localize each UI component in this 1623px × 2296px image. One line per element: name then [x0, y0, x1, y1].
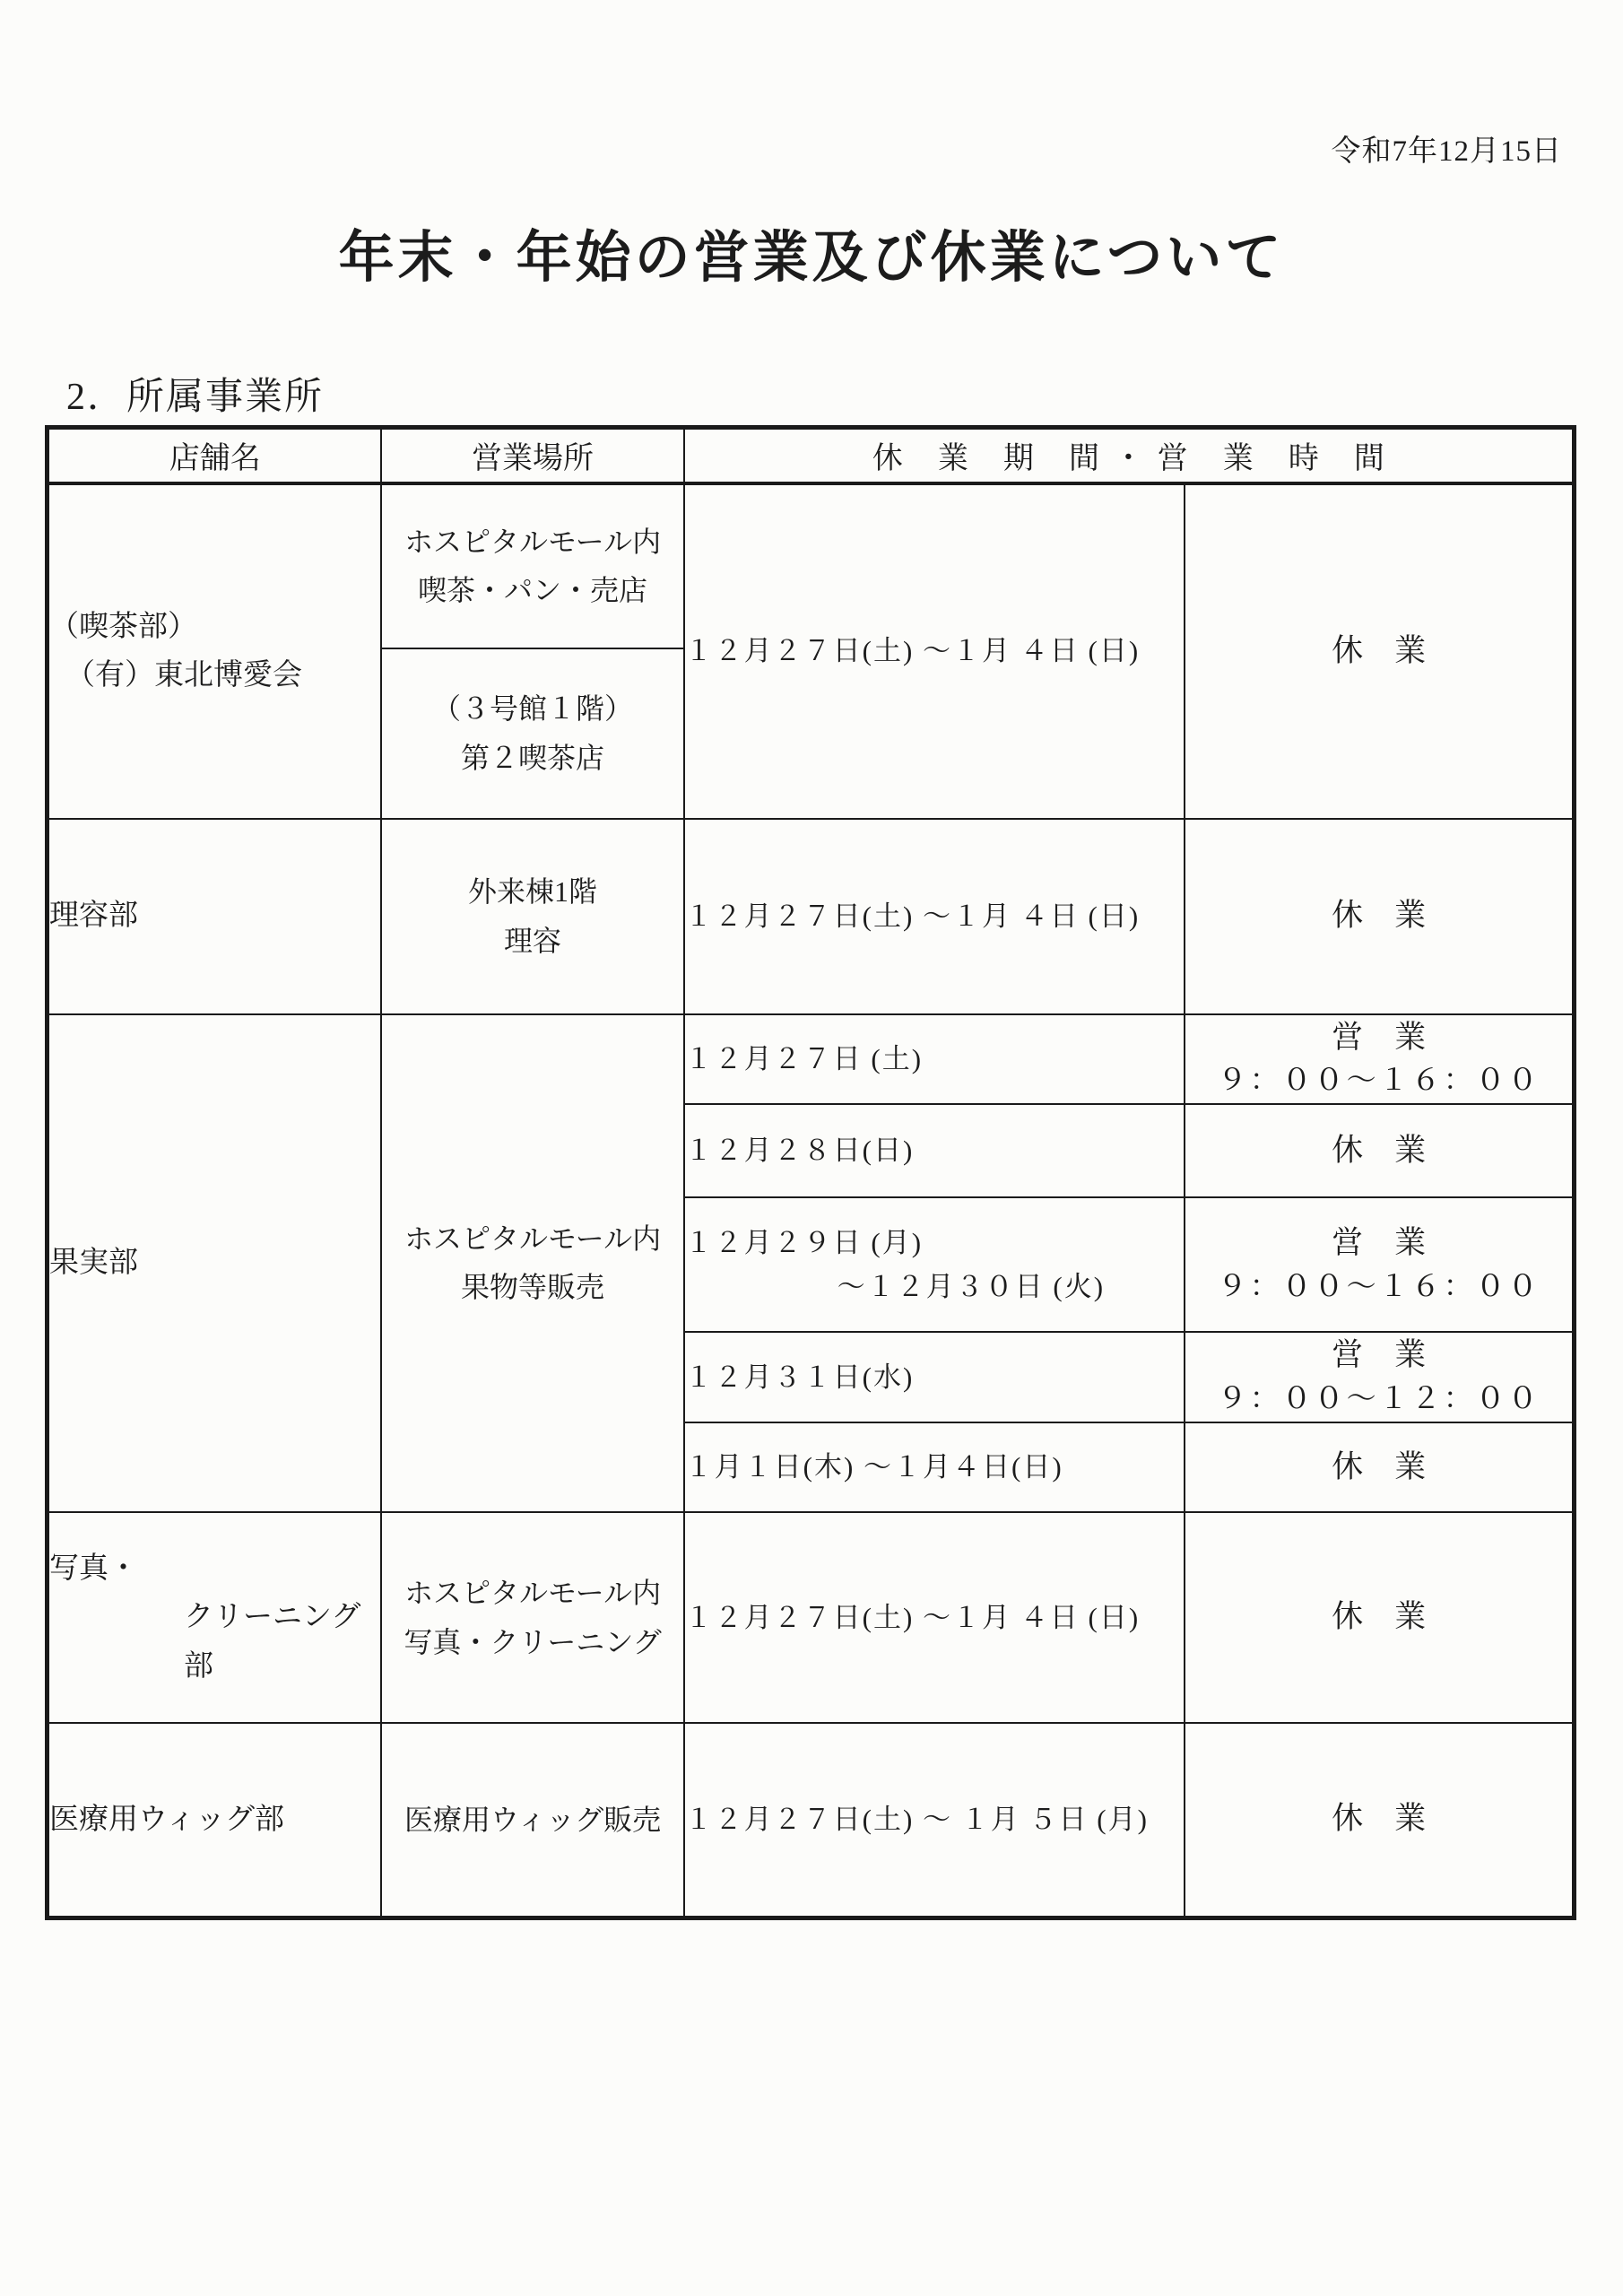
header-location: 営業場所: [381, 428, 683, 483]
period-cell-kissa: １２月２７日(土) ～１月 ４日 (日): [684, 483, 1185, 819]
period-cell-kajitsu-2: １２月２８日(日): [684, 1104, 1185, 1197]
status-line: 営 業: [1185, 1333, 1572, 1378]
period-cell-kajitsu-1: １２月２７日 (土): [684, 1014, 1185, 1105]
location-line: 写真・クリーニング: [382, 1618, 682, 1666]
status-cell-wig: 休 業: [1185, 1723, 1574, 1918]
location-cell-wig: 医療用ウィッグ販売: [381, 1723, 683, 1918]
status-cell-kajitsu-1: 営 業 ９：００～１６：００: [1185, 1014, 1574, 1105]
location-cell-shashin: ホスピタルモール内 写真・クリーニング: [381, 1512, 683, 1723]
period-cell-riyou: １２月２７日(土) ～１月 ４日 (日): [684, 819, 1185, 1014]
period-line: ～１２月３０日 (火): [838, 1265, 1185, 1309]
status-cell-riyou: 休 業: [1185, 819, 1574, 1014]
period-cell-kajitsu-3: １２月２９日 (月) ～１２月３０日 (火): [684, 1197, 1185, 1332]
header-schedule: 休 業 期 間・営 業 時 間: [684, 428, 1575, 483]
status-line: 営 業: [1185, 1015, 1572, 1061]
period-cell-shashin: １２月２７日(土) ～１月 ４日 (日): [684, 1512, 1185, 1723]
shop-cell-kajitsu: 果実部: [48, 1014, 382, 1513]
hours-line: ９：００～１６：００: [1185, 1060, 1572, 1103]
period-cell-kajitsu-4: １２月３１日(水): [684, 1332, 1185, 1422]
period-cell-kajitsu-5: １月１日(木) ～１月４日(日): [684, 1422, 1185, 1512]
status-cell-kajitsu-4: 営 業 ９：００～１２：００: [1185, 1332, 1574, 1422]
location-line: 第２喫茶店: [382, 734, 682, 782]
status-cell-kajitsu-5: 休 業: [1185, 1422, 1574, 1512]
business-hours-table: 店舗名 営業場所 休 業 期 間・営 業 時 間 （喫茶部） （有）東北博愛会 …: [45, 425, 1576, 1920]
hours-line: ９：００～１６：００: [1185, 1266, 1572, 1309]
shop-line: （喫茶部）: [49, 603, 380, 651]
page-title: 年末・年始の営業及び休業について: [0, 222, 1623, 294]
status-line: 営 業: [1185, 1221, 1572, 1266]
period-line: １２月２９日 (月): [685, 1221, 1185, 1265]
section-heading: 2．所属事業所: [66, 375, 1623, 420]
shop-cell-wig: 医療用ウィッグ部: [48, 1723, 382, 1918]
status-cell-shashin: 休 業: [1185, 1512, 1574, 1723]
table-row-kissa: （喫茶部） （有）東北博愛会 ホスピタルモール内 喫茶・パン・売店 １２月２７日…: [48, 483, 1575, 648]
location-cell-kissa-lower: （３号館１階） 第２喫茶店: [381, 648, 683, 819]
location-line: 喫茶・パン・売店: [382, 566, 682, 614]
shop-cell-kissa: （喫茶部） （有）東北博愛会: [48, 483, 382, 819]
status-cell-kajitsu-3: 営 業 ９：００～１６：００: [1185, 1197, 1574, 1332]
table-header-row: 店舗名 営業場所 休 業 期 間・営 業 時 間: [48, 428, 1575, 483]
location-line: ホスピタルモール内: [382, 1569, 682, 1617]
table-row-riyou: 理容部 外来棟1階 理容 １２月２７日(土) ～１月 ４日 (日) 休 業: [48, 819, 1575, 1014]
location-line: 果物等販売: [382, 1263, 682, 1311]
period-cell-wig: １２月２７日(土) ～ １月 ５日 (月): [684, 1723, 1185, 1918]
table-row-wig: 医療用ウィッグ部 医療用ウィッグ販売 １２月２７日(土) ～ １月 ５日 (月)…: [48, 1723, 1575, 1918]
status-cell-kajitsu-2: 休 業: [1185, 1104, 1574, 1197]
location-line: ホスピタルモール内: [382, 517, 682, 566]
shop-line: クリーニング部: [184, 1593, 380, 1691]
location-line: 外来棟1階: [382, 867, 682, 916]
hours-line: ９：００～１２：００: [1185, 1378, 1572, 1422]
table-row-shashin: 写真・ クリーニング部 ホスピタルモール内 写真・クリーニング １２月２７日(土…: [48, 1512, 1575, 1723]
location-cell-kajitsu: ホスピタルモール内 果物等販売: [381, 1014, 683, 1513]
shop-cell-shashin: 写真・ クリーニング部: [48, 1512, 382, 1723]
document-date: 令和7年12月15日: [0, 0, 1623, 170]
location-cell-kissa-upper: ホスピタルモール内 喫茶・パン・売店: [381, 483, 683, 648]
location-line: （３号館１階）: [382, 684, 682, 733]
header-shop-name: 店舗名: [48, 428, 382, 483]
document-page: 令和7年12月15日 年末・年始の営業及び休業について 2．所属事業所 店舗名 …: [0, 0, 1623, 2296]
shop-line: （有）東北博愛会: [65, 651, 380, 700]
location-cell-riyou: 外来棟1階 理容: [381, 819, 683, 1014]
status-cell-kissa: 休 業: [1185, 483, 1574, 819]
shop-cell-riyou: 理容部: [48, 819, 382, 1014]
location-line: ホスピタルモール内: [382, 1214, 682, 1263]
table-row-kajitsu-1: 果実部 ホスピタルモール内 果物等販売 １２月２７日 (土) 営 業 ９：００～…: [48, 1014, 1575, 1105]
location-line: 理容: [382, 917, 682, 965]
shop-line: 写真・: [49, 1544, 380, 1593]
